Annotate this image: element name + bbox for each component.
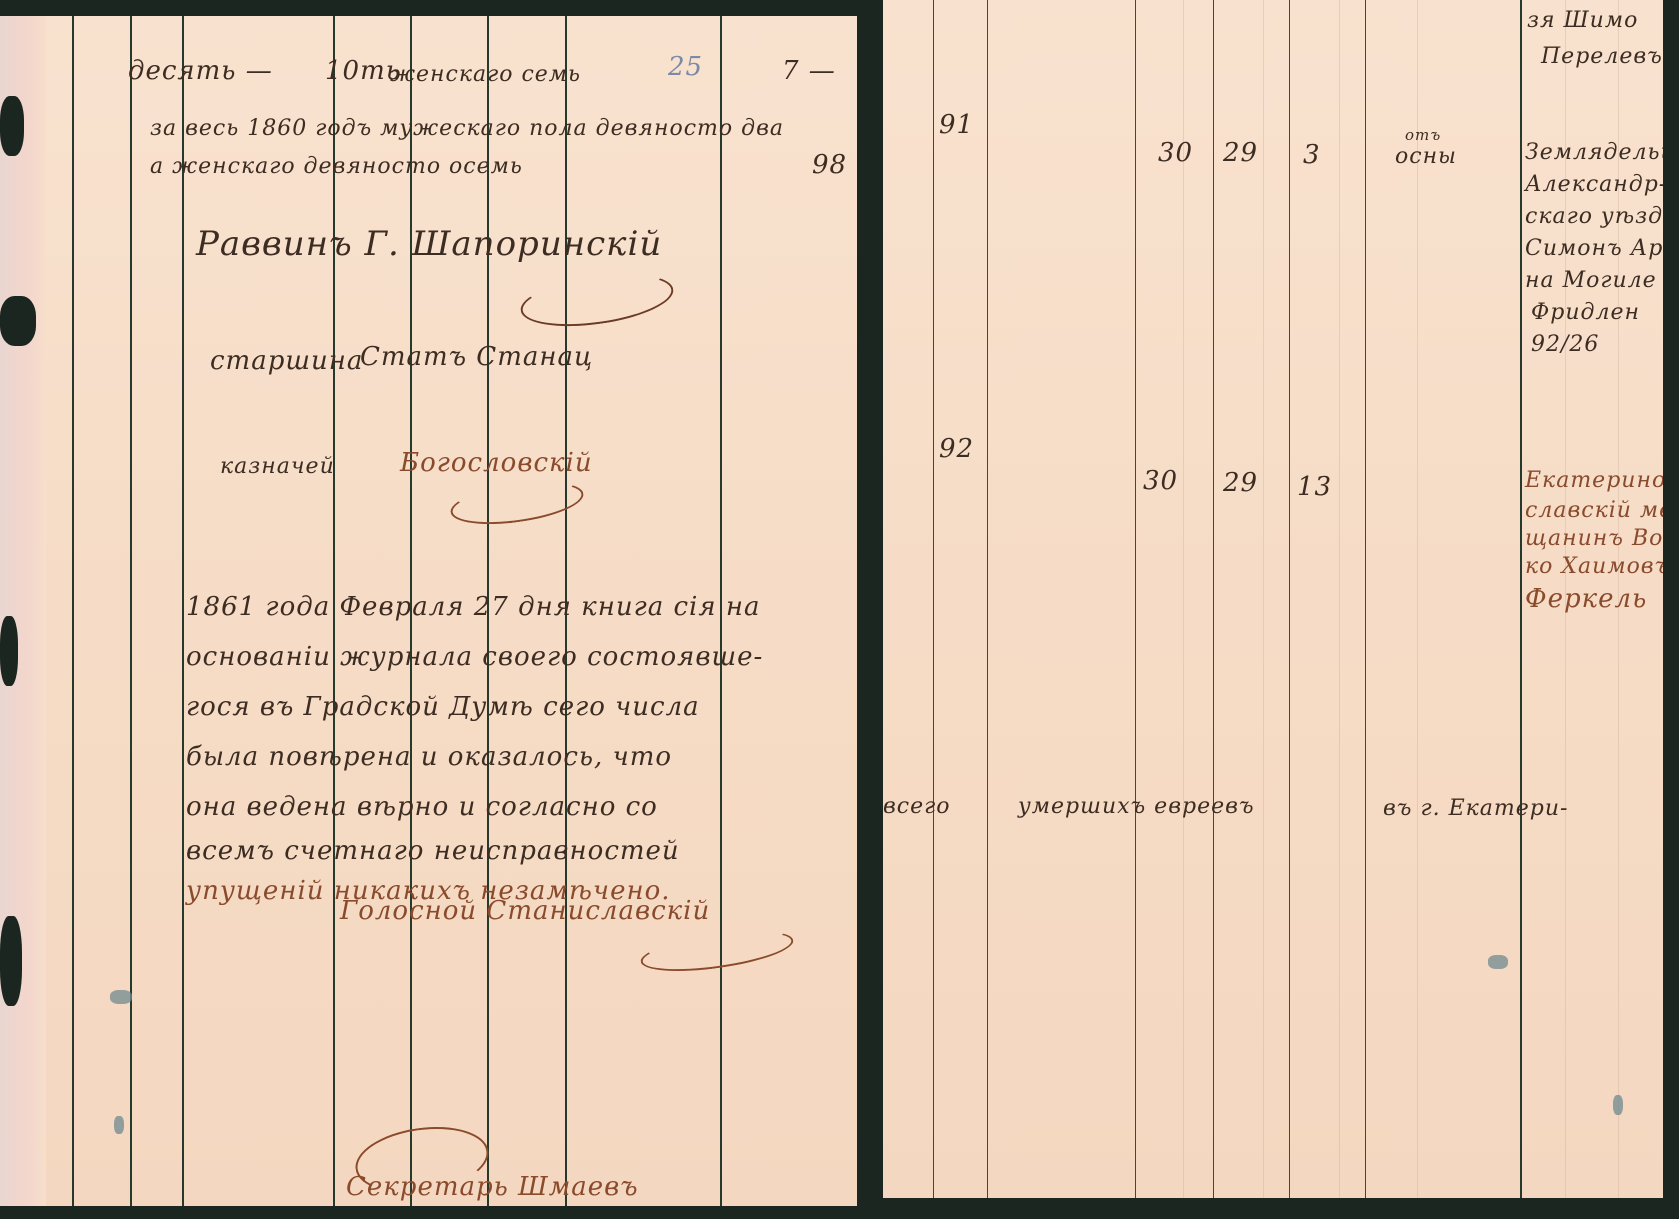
certification-line: она ведена вѣрно и согласно со — [186, 792, 658, 822]
ink-stain — [1613, 1095, 1623, 1115]
cell-value: 30 — [1143, 466, 1178, 496]
label-treasurer: казначей — [220, 454, 335, 479]
label-elder: старшина — [210, 346, 363, 376]
torn-edge — [0, 296, 36, 346]
torn-edge — [0, 616, 18, 686]
right-page: зя Шимо Перелевъ 91 30 29 3 отъ осны Зем… — [883, 0, 1663, 1198]
summary-prefix: всего — [883, 794, 951, 819]
name-line: Землядельц — [1525, 140, 1663, 165]
name-line: 92/26 — [1531, 332, 1599, 357]
cell-value: 13 — [1297, 472, 1332, 502]
top-note: зя Шимо — [1527, 8, 1638, 33]
summary-place: въ г. Екатери- — [1383, 796, 1568, 821]
pencil-note: 25 — [668, 52, 703, 82]
signature-certifier: Голосной Станиславскій — [340, 896, 710, 926]
text-line: десять — — [128, 56, 273, 86]
certification-line: была повѣрена и оказалось, что — [186, 742, 672, 772]
name-line: славскій ме- — [1525, 498, 1663, 523]
certification-line: основаніи журнала своего состоявше- — [186, 642, 763, 672]
top-note: Перелевъ — [1541, 44, 1663, 69]
column-rule — [1289, 0, 1290, 1198]
column-rule — [1135, 0, 1136, 1198]
text-line: а женскаго девяносто осемь — [150, 154, 523, 179]
cell-note: осны — [1395, 144, 1457, 169]
certification-line: всемъ счетнаго неисправностей — [186, 836, 680, 866]
column-rule — [933, 0, 934, 1198]
signature-flourish — [517, 266, 676, 335]
name-line: Екатерино — [1525, 468, 1663, 493]
text-line: 7 — — [782, 56, 836, 86]
name-line: на Могиле — [1525, 268, 1657, 293]
column-rule — [1365, 0, 1366, 1198]
name-line: щанинъ Вол — [1525, 526, 1663, 551]
faint-rule — [1183, 0, 1184, 1198]
cell-value: 3 — [1303, 140, 1321, 170]
torn-edge — [0, 96, 24, 156]
row-number: 92 — [939, 434, 974, 464]
certification-line: 1861 года Февраля 27 дня книга сія на — [186, 592, 760, 622]
cell-value: 29 — [1223, 138, 1258, 168]
signature-flourish — [638, 923, 795, 978]
name-line: Фридлен — [1531, 300, 1640, 325]
text-line: женскаго семь — [390, 62, 581, 87]
text-line: 98 — [812, 150, 847, 180]
ink-stain — [1488, 955, 1508, 969]
cell-value: 30 — [1158, 138, 1193, 168]
ink-stain — [114, 1116, 124, 1134]
certification-line: гося въ Градской Думѣ сего числа — [186, 692, 700, 722]
ink-stain — [110, 990, 132, 1004]
cell-value: 29 — [1223, 468, 1258, 498]
name-line: Феркель — [1525, 584, 1647, 614]
faint-rule — [1263, 0, 1264, 1198]
signature-elder: Статъ Станац — [360, 342, 593, 372]
torn-edge — [0, 916, 22, 1006]
name-line: скаго уѣзда — [1525, 204, 1663, 229]
name-line: ко Хаимовъ — [1525, 554, 1663, 579]
column-rule — [182, 16, 184, 1206]
left-page: десять — 10ть женскаго семь 25 7 — за ве… — [0, 16, 857, 1206]
faint-rule — [1417, 0, 1418, 1198]
signature-treasurer: Богословскій — [400, 448, 593, 478]
column-rule — [130, 16, 132, 1206]
row-number: 91 — [939, 110, 974, 140]
column-rule — [1520, 0, 1522, 1198]
signature-rabbi: Раввинъ Г. Шапоринскій — [196, 224, 662, 264]
name-line: Александр- — [1525, 172, 1663, 197]
column-rule — [1213, 0, 1214, 1198]
column-rule — [987, 0, 988, 1198]
text-line: за весь 1860 годъ мужескаго пола девянос… — [150, 116, 784, 141]
cell-note: отъ — [1405, 126, 1441, 144]
name-line: Симонъ Ар — [1525, 236, 1663, 261]
summary-text: умершихъ евреевъ — [1018, 794, 1255, 819]
column-rule — [72, 16, 74, 1206]
faint-rule — [1339, 0, 1340, 1198]
